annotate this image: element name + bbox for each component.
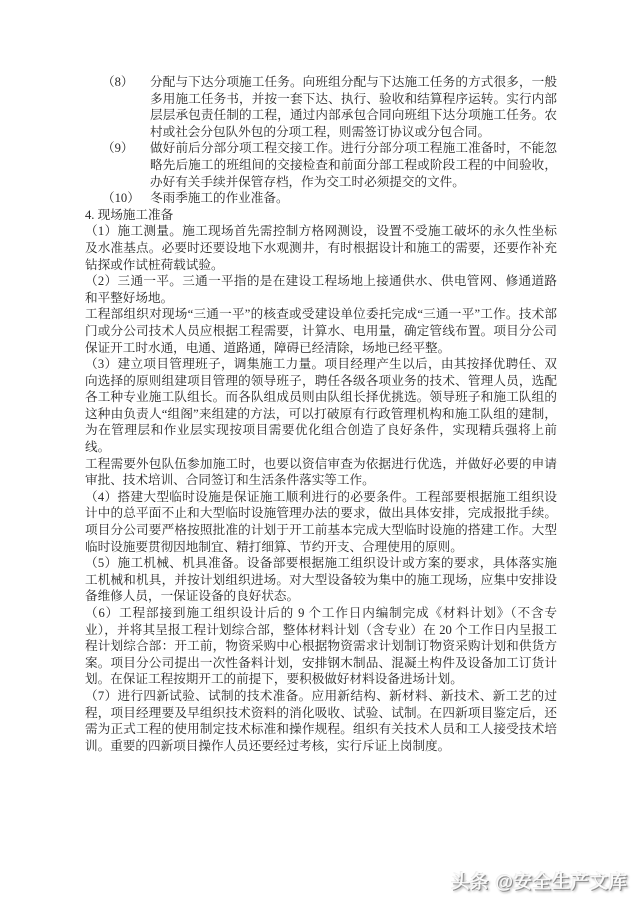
item-text: 做好前后分部分项工程交接工作。进行分部分项工程施工准备时，不能忽略先后施工的班组… xyxy=(150,140,557,190)
item-text: 冬雨季施工的作业准备。 xyxy=(150,190,557,207)
paragraph-3: （3）建立项目管理班子，调集施工力量。项目经理产生以后，由其按择优聘任、双向选择… xyxy=(85,356,557,456)
paragraph-7: （7）进行四新试验、试制的技术准备。应用新结构、新材料、新技术、新工艺的过程，项… xyxy=(85,688,557,754)
document-content: （8） 分配与下达分项施工任务。向班组分配与下达施工任务的方式很多，一般多用施工… xyxy=(85,74,557,754)
item-number: （9） xyxy=(102,140,150,190)
paragraph-1: （1）施工测量。施工现场首先需控制方格网测设，设置不受施工破坏的永久性坐标及水准… xyxy=(85,223,557,273)
item-text: 分配与下达分项施工任务。向班组分配与下达施工任务的方式很多，一般多用施工任务书，… xyxy=(150,74,557,140)
paragraph-2: （2）三通一平。三通一平指的是在建设工程场地上接通供水、供电管网、修通道路和平整… xyxy=(85,273,557,306)
numbered-item-9: （9） 做好前后分部分项工程交接工作。进行分部分项工程施工准备时，不能忽略先后施… xyxy=(85,140,557,190)
numbered-item-10: （10） 冬雨季施工的作业准备。 xyxy=(85,190,557,207)
paragraph-3-note: 工程需要外包队伍参加施工时，也要以资信审查为依据进行优选，并做好必要的申请审批、… xyxy=(85,456,557,489)
paragraph-2-note: 工程部组织对现场“三通一平”的核查或受建设单位委托完成“三通一平”工作。技术部门… xyxy=(85,306,557,356)
section-heading: 4. 现场施工准备 xyxy=(85,207,557,224)
numbered-item-8: （8） 分配与下达分项施工任务。向班组分配与下达施工任务的方式很多，一般多用施工… xyxy=(85,74,557,140)
document-page: （8） 分配与下达分项施工任务。向班组分配与下达施工任务的方式很多，一般多用施工… xyxy=(0,0,640,906)
paragraph-6: （6）工程部接到施工组织设计后的 9 个工作日内编制完成《材料计划》（不含专业）… xyxy=(85,605,557,688)
watermark: 头条 @安全生产文库 xyxy=(451,868,628,894)
item-number: （8） xyxy=(102,74,150,140)
paragraph-5: （5）施工机械、机具准备。设备部要根据施工组织设计或方案的要求，具体落实施工机械… xyxy=(85,555,557,605)
paragraph-4: （4）搭建大型临时设施是保证施工顺利进行的必要条件。工程部要根据施工组织设计中的… xyxy=(85,489,557,555)
item-number: （10） xyxy=(102,190,150,207)
